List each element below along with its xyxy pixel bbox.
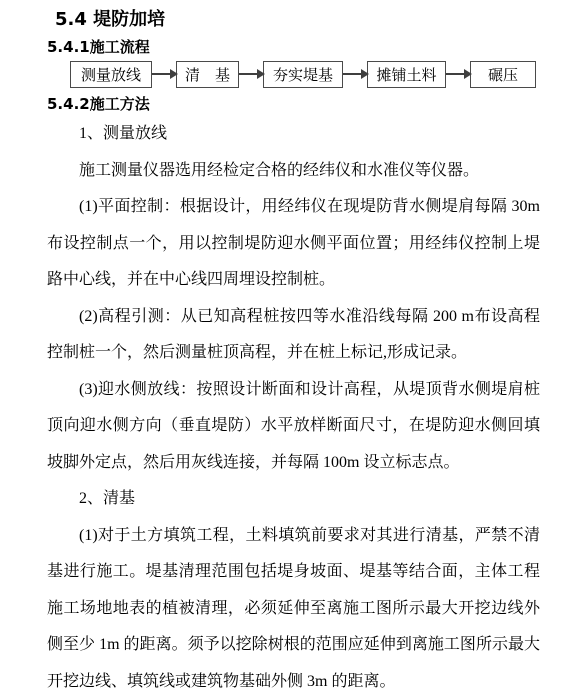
paragraph-clearing-requirements: (1)对于土方填筑工程，土料填筑前要求对其进行清基，严禁不清基进行施工。堤基清理…	[47, 518, 540, 692]
document-page: 5.4 堤防加培 5.4.1施工流程 测量放线 清 基 夯实堤基 摊铺土料 碾压…	[0, 0, 586, 692]
paragraph-item-heading-clearing: 2、清基	[47, 481, 540, 518]
subsection-heading-flow: 5.4.1施工流程	[47, 37, 540, 57]
flow-step-compact-foundation: 夯实堤基	[263, 61, 343, 88]
flow-step-spread-soil: 摊铺土料	[367, 61, 446, 88]
right-arrow-icon	[239, 73, 263, 75]
section-heading: 5.4 堤防加培	[55, 8, 540, 32]
flow-step-foundation-clearing: 清 基	[176, 61, 239, 88]
body-text: 1、测量放线 施工测量仪器选用经检定合格的经纬仪和水准仪等仪器。 (1)平面控制…	[47, 116, 540, 692]
right-arrow-icon	[343, 73, 367, 75]
paragraph-instruments: 施工测量仪器选用经检定合格的经纬仪和水准仪等仪器。	[47, 153, 540, 190]
subsection-heading-method: 5.4.2施工方法	[47, 94, 540, 114]
construction-flowchart: 测量放线 清 基 夯实堤基 摊铺土料 碾压	[70, 60, 540, 88]
right-arrow-icon	[152, 73, 176, 75]
flow-step-rolling: 碾压	[470, 61, 536, 88]
paragraph-item-heading-survey: 1、测量放线	[47, 116, 540, 153]
flow-step-survey-layout: 测量放线	[70, 61, 152, 88]
paragraph-plane-control: (1)平面控制：根据设计，用经纬仪在现堤防背水侧堤肩每隔 30m布设控制点一个，…	[47, 189, 540, 299]
paragraph-elevation-transfer: (2)高程引测：从已知高程桩按四等水准沿线每隔 200 m布设高程控制桩一个，然…	[47, 299, 540, 372]
right-arrow-icon	[446, 73, 470, 75]
paragraph-waterside-layout: (3)迎水侧放线：按照设计断面和设计高程，从堤顶背水侧堤肩桩顶向迎水侧方向（垂直…	[47, 372, 540, 482]
document-content: 5.4 堤防加培 5.4.1施工流程 测量放线 清 基 夯实堤基 摊铺土料 碾压…	[0, 0, 586, 692]
